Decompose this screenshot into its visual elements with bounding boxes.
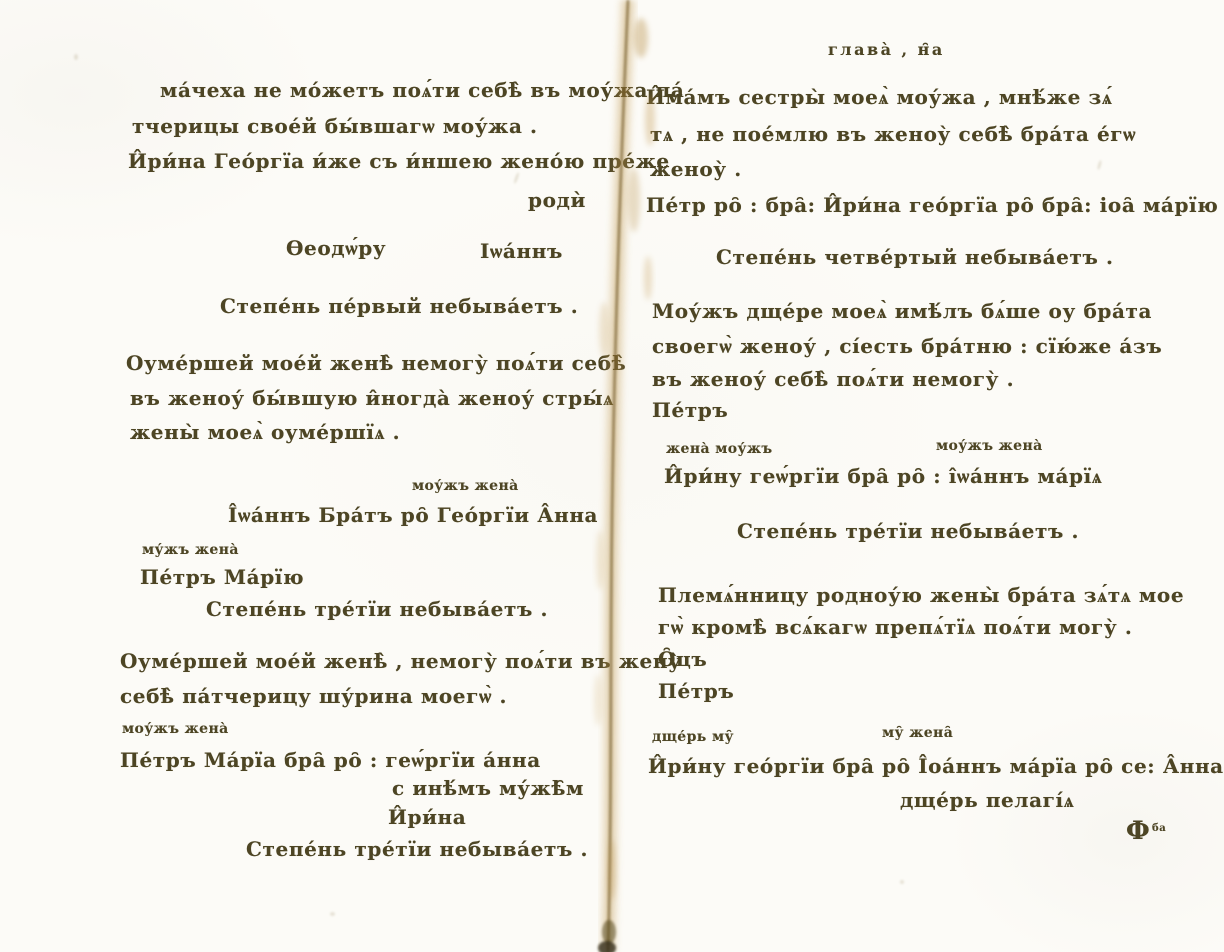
diagram-line: дще́рь пелагі́ѧ [900, 790, 1074, 810]
diagram-name: О̑цъ [658, 649, 707, 669]
diagram-label: моу́жъ жена̀ [936, 439, 1043, 453]
diagram-name: И̂ри́на [388, 807, 466, 827]
diagram-line: І̂ѡа́ннъ Бра́тъ ро̑ Гео́ргїи А̂нна [228, 505, 598, 525]
diagram-name: Іѡа́ннъ [480, 241, 563, 261]
text-line: въ женоу́ бы́вшую и̂ногда̀ женоу́ стры́ѧ [130, 388, 614, 408]
diagram-label: му́жъ жена̀ [142, 543, 239, 557]
text-line: себѣ̀ па́тчерицу шу́рина моегѡ̀ . [120, 686, 507, 706]
text-line: своегѡ̀ женоу́ , сі́есть бра́тню : сїю́ж… [652, 336, 1162, 356]
diagram-line: Пе́тр ро̑ : бра̑: И̂ри́на гео́ргїа ро̑ б… [646, 195, 1218, 215]
text-line: И̂ри́на Гео́ргїа и́же съ и́ншею жено́ю п… [128, 151, 670, 171]
book-spread: ма́чеха не мо́жетъ поѧ́ти себѣ̀ въ моу́ж… [0, 0, 1224, 952]
diagram-label: моу́жъ жена̀ [122, 722, 229, 736]
text-line: женоу̀ . [650, 159, 742, 179]
text-line: И̂ма́мъ сестры̀ моеѧ̀ моу́жа , мнѣ́же зѧ… [646, 87, 1112, 107]
diagram-line: И̂ри́ну геѡ́ргїи бра̑ ро̑ : і̂ѡа́ннъ ма́… [664, 466, 1102, 486]
foxing-speck [900, 880, 904, 884]
chapter-heading: глава̀ , н̑а [828, 42, 945, 58]
quire-mark-sub: ба [1152, 824, 1166, 834]
section-heading: Степе́нь четве́ртый небыва́етъ . [716, 247, 1114, 267]
foxing-speck [330, 912, 335, 916]
text-line: тчерицы свое́й бы́вшагѡ моу́жа . [132, 116, 538, 136]
diagram-label: дще́рь му̑ [652, 730, 734, 744]
diagram-line: Пе́тръ Ма́рїю [140, 567, 304, 587]
text-line: Моу́жъ дще́ре моеѧ̀ имѣ́лъ бѧ́ше оу бра́… [652, 301, 1152, 321]
text-line: Племѧ́нницу родноу́ю жены̀ бра́та зѧ́тѧ … [658, 585, 1184, 605]
section-heading: Степе́нь пе́рвый небыва́етъ . [220, 296, 578, 316]
diagram-name: Ѳеодѡ́ру [286, 238, 386, 258]
diagram-line: И̂ри́ну гео́ргїи бра̑ ро̑ І̂оа́ннъ ма́рї… [648, 756, 1224, 776]
section-heading: Степе́нь тре́тїи небыва́етъ . [246, 839, 588, 859]
foxing-speck [513, 172, 520, 184]
text-line: тѧ , не пое́млю въ женоу̀ себѣ̀ бра́та е… [650, 124, 1136, 144]
diagram-label: жена̀ моу́жъ [666, 442, 773, 456]
text-line: Оуме́ршей мое́й женѣ̀ , немогу̀ поѧ́ти в… [120, 651, 682, 671]
diagram-line: с инѣ́мъ му́жѣ̑м [392, 778, 584, 798]
diagram-label: му̑ жена̑ [882, 726, 953, 740]
text-line: родѝ [528, 190, 586, 210]
foxing-speck [1097, 160, 1102, 170]
text-line: гѡ̀ кромѣ̀ всѧ́кагѡ препѧ́тїѧ поѧ́ти мог… [658, 617, 1132, 637]
text-line: жены̀ моеѧ̀ оуме́ршїѧ . [130, 422, 400, 442]
diagram-name: Пе́тръ [652, 400, 728, 420]
section-heading: Степе́нь тре́тїи небыва́етъ . [206, 599, 548, 619]
text-line: Оуме́ршей мое́й женѣ̀ немогу̀ поѧ́ти себ… [126, 353, 626, 373]
diagram-line: Пе́тръ Ма́рїа бра̑ ро̑ : геѡ́ргїи а́нна [120, 750, 541, 770]
foxing-speck [74, 54, 78, 60]
quire-mark: Ф [1126, 818, 1150, 843]
text-line: въ женоу́ себѣ̀ поѧ́ти немогу̀ . [652, 369, 1014, 389]
diagram-label: моу́жъ жена̀ [412, 479, 519, 493]
section-heading: Степе́нь тре́тїи небыва́етъ . [737, 521, 1079, 541]
text-line: ма́чеха не мо́жетъ поѧ́ти себѣ̀ въ моу́ж… [160, 80, 684, 100]
diagram-name: Пе́тръ [658, 681, 734, 701]
